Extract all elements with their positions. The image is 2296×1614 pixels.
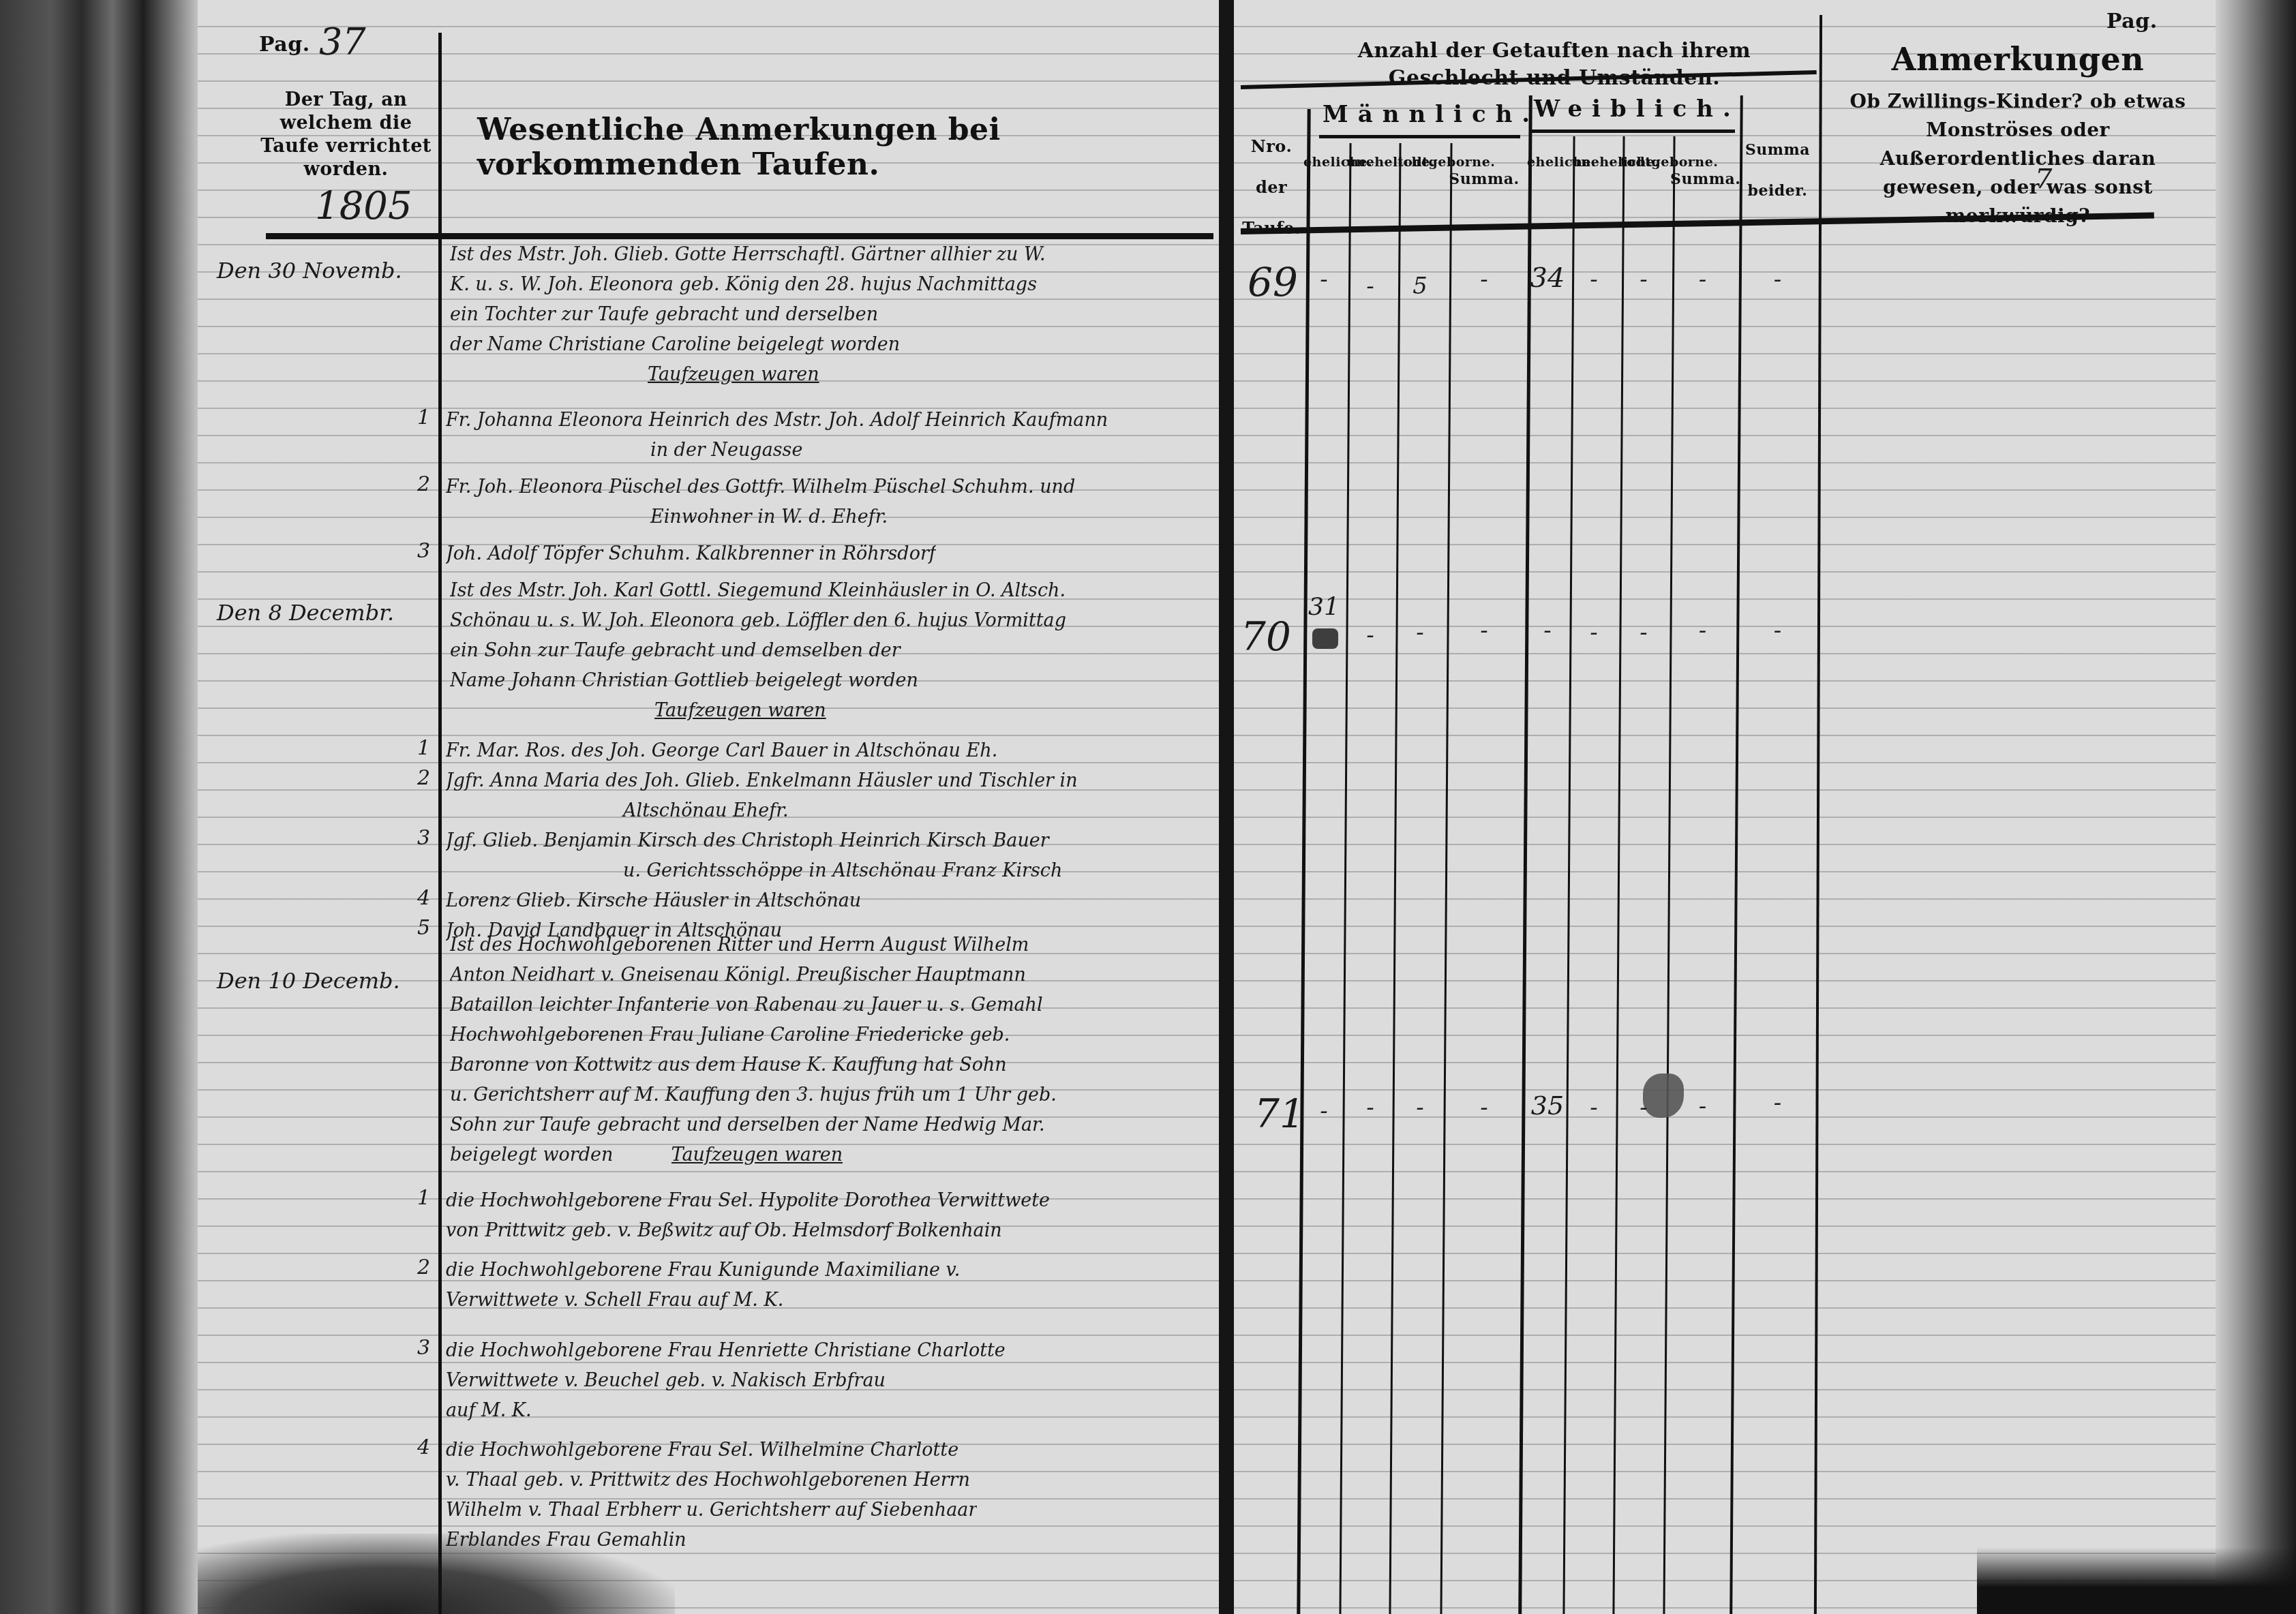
sponsor-item: 2Jgfr. Anna Maria des Joh. Glieb. Enkelm…: [417, 766, 1215, 826]
cell-female-legit: -: [1527, 617, 1568, 644]
sponsor-line: Fr. Joh. Eleonora Püschel des Gottfr. Wi…: [446, 472, 1075, 502]
entry-line: K. u. s. W. Joh. Eleonora geb. König den…: [450, 270, 1213, 300]
col-header-female-illegit: uneheliche.: [1571, 153, 1619, 171]
cell-male-illegit: -: [1346, 273, 1394, 300]
cell-female-illegit: -: [1570, 619, 1618, 646]
female-group-rule: [1530, 130, 1735, 133]
baptism-number: 70: [1241, 613, 1291, 660]
date-column-header: Der Tag, an welchem die Taufe verrichtet…: [256, 89, 436, 181]
sponsor-line: Jgfr. Anna Maria des Joh. Glieb. Enkelma…: [446, 766, 1078, 796]
entry-text: Ist des Mstr. Joh. Karl Gottl. Siegemund…: [450, 576, 1213, 726]
sponsor-line: Joh. Adolf Töpfer Schuhm. Kalkbrenner in…: [446, 539, 936, 569]
cell-male-illegit: -: [1346, 622, 1394, 649]
cell-female-sum: -: [1670, 266, 1735, 293]
sponsors-list: 1 Fr. Johanna Eleonora Heinrich des Mstr…: [417, 406, 1215, 569]
right-page: [1230, 0, 2219, 1614]
male-group-header: Männlich.: [1323, 101, 1520, 128]
year-entry: 1805: [315, 184, 412, 228]
entry-line: Taufzeugen waren: [671, 1140, 843, 1170]
sponsor-item: 3Jgf. Glieb. Benjamin Kirsch des Christo…: [417, 826, 1215, 886]
bottom-shadow-right: [1977, 1547, 2296, 1614]
right-page-label: Pag.: [2106, 10, 2158, 33]
sponsor-item: 4die Hochwohlgeborene Frau Sel. Wilhelmi…: [417, 1435, 1215, 1555]
remarks-subtitle: Ob Zwillings-Kinder? ob etwas Monströses…: [1827, 87, 2209, 230]
entry-date: Den 8 Decembr.: [217, 600, 394, 626]
col-header-nro: Nro. der Taufe.: [1241, 126, 1302, 249]
entry-line: beigelegt worden: [450, 1140, 613, 1170]
cell-male-sum: -: [1447, 1094, 1522, 1121]
cell-male-sum: -: [1447, 266, 1522, 293]
sponsor-item: 2 Fr. Joh. Eleonora Püschel des Gottfr. …: [417, 472, 1215, 532]
book-edge-right: [2216, 0, 2296, 1614]
sponsor-line: Fr. Mar. Ros. des Joh. George Carl Bauer…: [446, 736, 997, 766]
col-header-total: Summa beider.: [1738, 130, 1817, 211]
entry-line: Ist des Mstr. Joh. Karl Gottl. Siegemund…: [450, 576, 1213, 606]
entry-line: ein Sohn zur Taufe gebracht und demselbe…: [450, 636, 1213, 666]
sponsor-number: 4: [417, 886, 446, 916]
sponsor-line: Verwittwete v. Schell Frau auf M. K.: [446, 1285, 960, 1315]
col-header-female-sum: Summa.: [1670, 170, 1735, 188]
sponsor-line: Wilhelm v. Thaal Erbherr u. Gerichtsherr…: [446, 1495, 977, 1525]
margin-note: 7: [2035, 164, 2052, 195]
sponsor-line: Verwittwete v. Beuchel geb. v. Nakisch E…: [446, 1366, 1006, 1396]
entry-line: ein Tochter zur Taufe gebracht und derse…: [450, 300, 1213, 330]
male-group-rule: [1319, 135, 1520, 138]
entry-line: Taufzeugen waren: [450, 360, 1213, 390]
sponsor-line: u. Gerichtsschöppe in Altschönau Franz K…: [446, 856, 1062, 886]
sponsor-line: Jgf. Glieb. Benjamin Kirsch des Christop…: [446, 826, 1062, 856]
sponsor-line: Erblandes Frau Gemahlin: [446, 1525, 977, 1555]
cell-female-sum: -: [1670, 1093, 1735, 1120]
cell-female-illegit: -: [1570, 1094, 1618, 1121]
cell-female-legit: 35: [1527, 1091, 1568, 1121]
entry-line: Baronne von Kottwitz aus dem Hause K. Ka…: [450, 1050, 1213, 1080]
baptism-number: 69: [1248, 259, 1298, 305]
sponsor-number: 3: [417, 1336, 446, 1426]
cell-male-sum: -: [1447, 617, 1522, 644]
left-page-number: 37: [319, 20, 366, 63]
sponsor-line: die Hochwohlgeborene Frau Sel. Hypolite …: [446, 1186, 1050, 1216]
sponsor-item: 1die Hochwohlgeborene Frau Sel. Hypolite…: [417, 1186, 1215, 1246]
entry-line: der Name Christiane Caroline beigelegt w…: [450, 330, 1213, 360]
cell-male-legit: 31: [1303, 593, 1344, 621]
col-header-male-sum: Summa.: [1447, 170, 1522, 188]
sponsor-line: Fr. Johanna Eleonora Heinrich des Mstr. …: [446, 406, 1108, 436]
entry-line: Taufzeugen waren: [450, 696, 1213, 726]
entry-line: Hochwohlgeborenen Frau Juliane Caroline …: [450, 1020, 1213, 1050]
sponsor-line: von Prittwitz geb. v. Beßwitz auf Ob. He…: [446, 1216, 1050, 1246]
sponsor-item: 3die Hochwohlgeborene Frau Henriette Chr…: [417, 1336, 1215, 1426]
cell-female-legit: 34: [1527, 262, 1568, 294]
sponsor-line: die Hochwohlgeborene Frau Henriette Chri…: [446, 1336, 1006, 1366]
sponsor-line: Altschönau Ehefr.: [446, 796, 1078, 826]
sponsor-number: 1: [417, 406, 446, 466]
sponsor-item: 2die Hochwohlgeborene Frau Kunigunde Max…: [417, 1255, 1215, 1315]
entry-line: Bataillon leichter Infanterie von Rabena…: [450, 990, 1213, 1020]
entry-line: Schönau u. s. W. Joh. Eleonora geb. Löff…: [450, 606, 1213, 636]
sponsor-number: 3: [417, 539, 446, 569]
sponsor-item: 3 Joh. Adolf Töpfer Schuhm. Kalkbrenner …: [417, 539, 1215, 569]
entry-line: u. Gerichtsherr auf M. Kauffung den 3. h…: [450, 1080, 1213, 1110]
sponsor-number: 2: [417, 1255, 446, 1315]
header-rule: [266, 233, 1213, 239]
sponsor-number: 5: [417, 916, 446, 946]
sponsor-line: die Hochwohlgeborene Frau Sel. Wilhelmin…: [446, 1435, 977, 1465]
sponsor-line: v. Thaal geb. v. Prittwitz des Hochwohlg…: [446, 1465, 977, 1495]
sponsor-number: 1: [417, 736, 446, 766]
sponsor-line: Lorenz Glieb. Kirsche Häusler in Altschö…: [446, 886, 861, 916]
entry-date: Den 30 Novemb.: [217, 258, 402, 284]
cell-female-stillborn: -: [1620, 619, 1667, 646]
col-header-female-legit: eheliche.: [1527, 153, 1568, 171]
cell-female-illegit: -: [1570, 266, 1618, 293]
sponsors-list: 1die Hochwohlgeborene Frau Sel. Hypolite…: [417, 1186, 1215, 1555]
entry-line: Sohn zur Taufe gebracht und derselben de…: [450, 1110, 1213, 1140]
sponsor-number: 3: [417, 826, 446, 886]
entry-text: Ist des Mstr. Joh. Glieb. Gotte Herrscha…: [450, 240, 1213, 390]
sponsor-item: 1 Fr. Johanna Eleonora Heinrich des Mstr…: [417, 406, 1215, 466]
book-gutter: [1219, 0, 1234, 1614]
cell-female-stillborn: -: [1620, 266, 1667, 293]
col-header-male-stillborn: todtgeborne.: [1398, 153, 1445, 171]
cell-male-illegit: -: [1346, 1094, 1394, 1121]
cell-female-stillborn: -: [1620, 1094, 1667, 1121]
entry-line: Anton Neidhart v. Gneisenau Königl. Preu…: [450, 960, 1213, 990]
remarks-title: Anmerkungen: [1834, 41, 2202, 78]
entry-text: Ist des Hochwohlgeborenen Ritter und Her…: [450, 930, 1213, 1173]
struck-out-value: [1312, 628, 1338, 649]
sponsor-number: 1: [417, 1186, 446, 1246]
main-column-header: Wesentliche Anmerkungen bei vorkommenden…: [477, 112, 1227, 182]
book-binding-left: [0, 0, 205, 1614]
sponsor-line: Einwohner in W. d. Ehefr.: [446, 502, 1075, 532]
sponsor-line: die Hochwohlgeborene Frau Kunigunde Maxi…: [446, 1255, 960, 1285]
cell-total: -: [1738, 266, 1817, 293]
cell-male-stillborn: -: [1396, 619, 1444, 646]
sponsor-item: 1Fr. Mar. Ros. des Joh. George Carl Baue…: [417, 736, 1215, 766]
cell-male-legit: -: [1303, 1097, 1344, 1125]
cell-female-sum: -: [1670, 617, 1735, 644]
cell-male-stillborn: -: [1396, 1094, 1444, 1121]
cell-male-stillborn: 5: [1396, 273, 1444, 300]
entry-date: Den 10 Decemb.: [217, 968, 400, 994]
sponsors-list: 1Fr. Mar. Ros. des Joh. George Carl Baue…: [417, 736, 1215, 946]
sponsor-item: 4Lorenz Glieb. Kirsche Häusler in Altsch…: [417, 886, 1215, 916]
sponsor-line: in der Neugasse: [446, 436, 1108, 466]
sponsor-number: 2: [417, 472, 446, 532]
cell-total: -: [1738, 1089, 1817, 1116]
cell-total: -: [1738, 617, 1817, 644]
sponsor-number: 2: [417, 766, 446, 826]
cell-male-legit: -: [1303, 266, 1344, 293]
col-header-male-illegit: uneheliche.: [1346, 153, 1394, 171]
sponsor-line: auf M. K.: [446, 1396, 1006, 1426]
entry-line: Ist des Hochwohlgeborenen Ritter und Her…: [450, 930, 1213, 960]
left-page-label: Pag.: [259, 33, 310, 57]
female-group-header: Weiblich.: [1534, 95, 1732, 123]
entry-line: Name Johann Christian Gottlieb beigelegt…: [450, 666, 1213, 696]
entry-line: Ist des Mstr. Joh. Glieb. Gotte Herrscha…: [450, 240, 1213, 270]
baptism-number: 71: [1254, 1091, 1305, 1137]
col-header-female-stillborn: todtgeborne.: [1620, 153, 1668, 171]
sponsor-number: 4: [417, 1435, 446, 1555]
